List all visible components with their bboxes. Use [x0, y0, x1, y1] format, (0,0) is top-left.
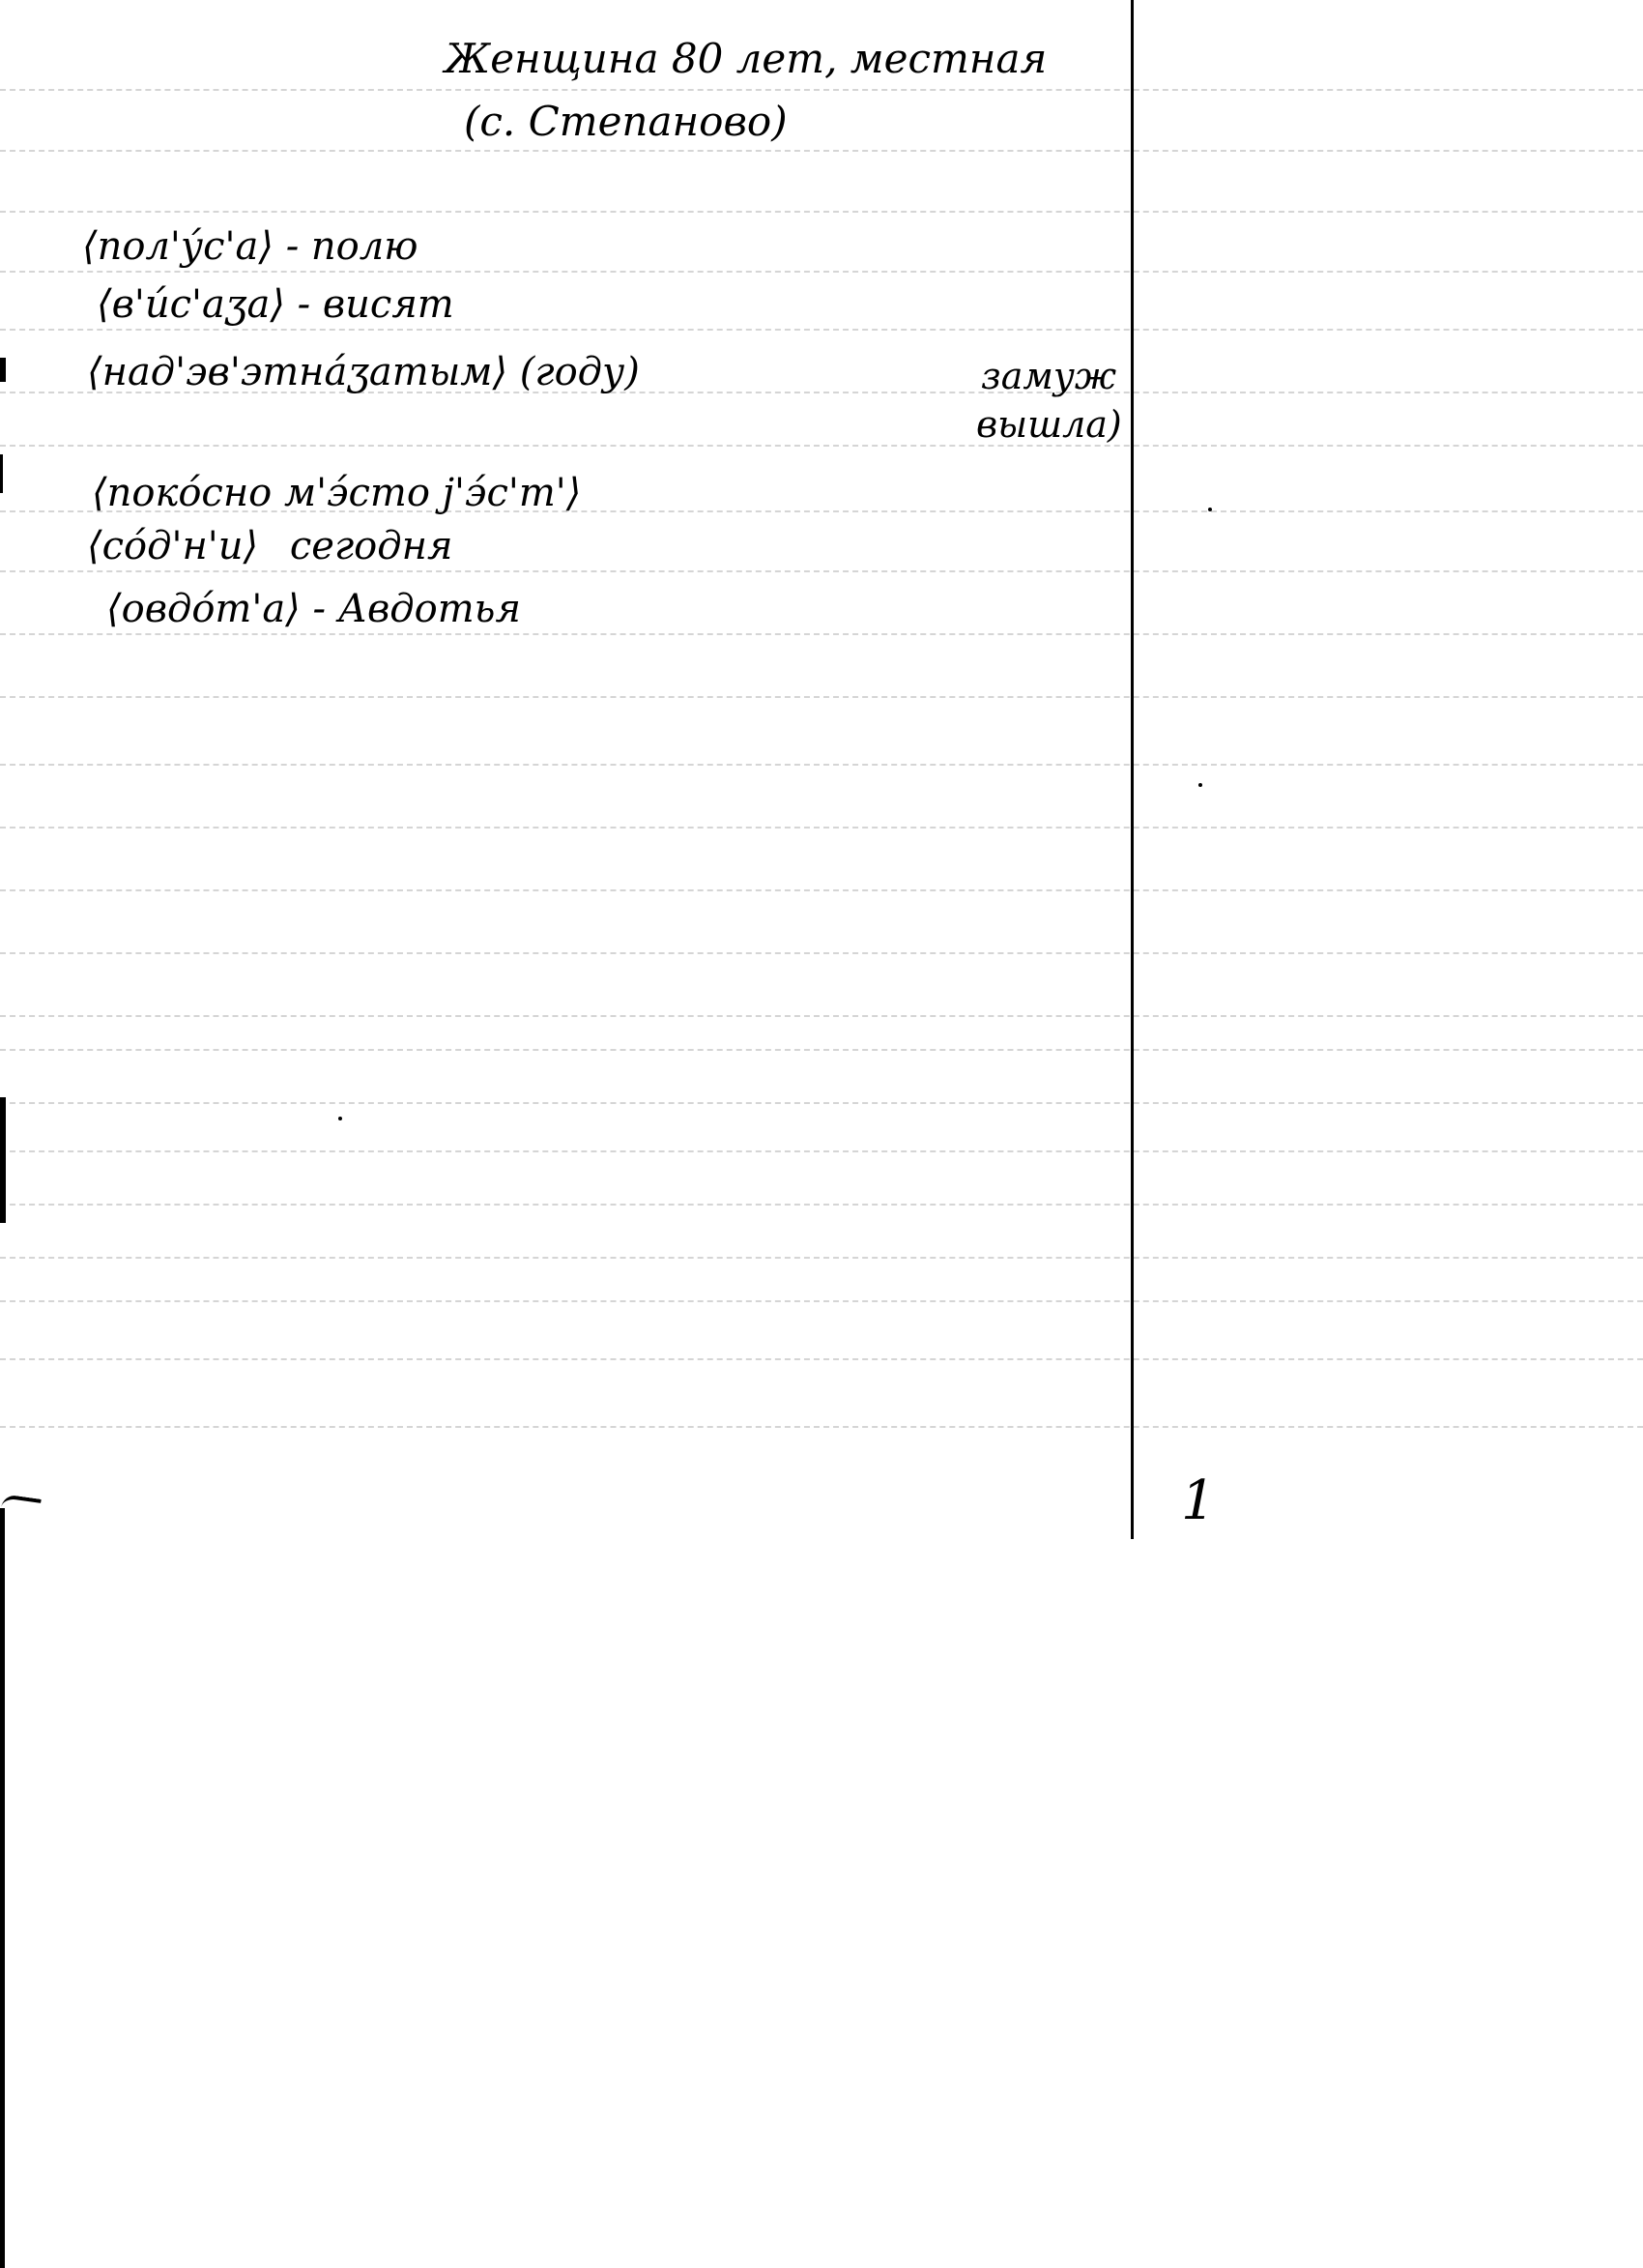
page-number: 1 [1181, 1469, 1216, 1532]
ruled-line [0, 329, 1643, 331]
ruled-line [0, 827, 1643, 829]
ruled-line [0, 1150, 1643, 1152]
scanned-notebook-page: Женщина 80 лет, местная (с. Степаново) ⟨… [0, 0, 1643, 2268]
scan-speck [1208, 508, 1212, 511]
entry-gloss: полю [311, 224, 418, 269]
entry-separator: - [286, 224, 300, 269]
ruled-line [0, 1015, 1643, 1017]
entry-transcription: ⟨со́д'н'и⟩ [87, 524, 258, 568]
ruled-line [0, 1358, 1643, 1360]
entry-5: ⟨со́д'н'и⟩ сегодня [87, 527, 452, 566]
ruled-line [0, 1049, 1643, 1051]
header-speaker-info: Женщина 80 лет, местная [445, 39, 1047, 79]
ruled-line [0, 150, 1643, 152]
ruled-line [0, 889, 1643, 891]
ruled-line [0, 1102, 1643, 1104]
header-village: (с. Степаново) [464, 102, 788, 142]
entry-gloss: Авдотья [338, 587, 521, 631]
entry-gloss: сегодня [290, 524, 453, 568]
scan-speck [1198, 783, 1202, 787]
margin-line [1131, 0, 1134, 1539]
entry-separator: - [298, 282, 311, 327]
ruled-line [0, 570, 1643, 572]
ruled-line [0, 633, 1643, 635]
ruled-line [0, 445, 1643, 447]
ruled-line [0, 89, 1643, 91]
entry-3-gloss-line-2: вышла) [976, 406, 1122, 443]
entry-transcription: ⟨в'и́с'аӡа⟩ [97, 282, 285, 327]
ruled-line [0, 1426, 1643, 1428]
entry-separator: - [313, 587, 327, 631]
entry-1: ⟨пол'у́с'а⟩ - полю [82, 227, 418, 266]
left-edge-mark [0, 1097, 6, 1223]
ruled-line [0, 1300, 1643, 1302]
left-edge-mark [0, 358, 6, 382]
ruled-line [0, 1257, 1643, 1259]
entry-4: ⟨поко́сно м'э́сто j'э́с'т'⟩ [92, 474, 581, 512]
entry-3: ⟨над'эв'этна́ӡатым⟩ (году) [87, 353, 640, 392]
ruled-line [0, 696, 1643, 698]
ruled-line [0, 952, 1643, 954]
entry-transcription: ⟨овдо́т'а⟩ [106, 587, 301, 631]
entry-note: (году) [520, 350, 640, 394]
entry-transcription: ⟨над'эв'этна́ӡатым⟩ [87, 350, 507, 394]
entry-transcription: ⟨поко́сно м'э́сто j'э́с'т'⟩ [92, 471, 581, 515]
entry-6: ⟨овдо́т'а⟩ - Авдотья [106, 590, 521, 628]
ruled-line [0, 764, 1643, 766]
entry-3-gloss-line-1: замуж [981, 358, 1116, 394]
entry-gloss: висят [323, 282, 454, 327]
entry-transcription: ⟨пол'у́с'а⟩ [82, 224, 274, 269]
scan-speck [338, 1117, 342, 1120]
entry-2: ⟨в'и́с'аӡа⟩ - висят [97, 285, 454, 324]
ruled-line [0, 211, 1643, 213]
left-edge-hook [1, 1494, 42, 1512]
ruled-line [0, 271, 1643, 273]
left-edge-mark [0, 454, 3, 493]
ruled-line [0, 1204, 1643, 1206]
left-edge-mark [0, 1508, 5, 2268]
